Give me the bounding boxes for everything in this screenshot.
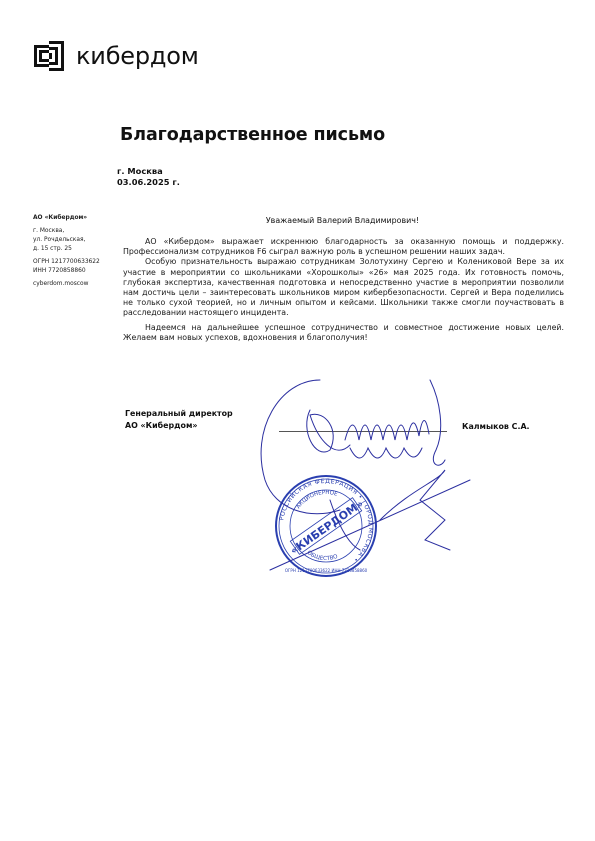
- signer-position: Генеральный директор АО «Кибердом»: [125, 408, 233, 432]
- address-line: д. 15 стр. 25: [33, 245, 100, 254]
- letter-body: АО «Кибердом» выражает искреннюю благода…: [123, 237, 564, 343]
- signer-name: Калмыков С.А.: [462, 422, 530, 431]
- stamp-inner-bottom-text: ОБЩЕСТВО: [306, 550, 340, 562]
- signature-line: [279, 431, 447, 432]
- logo-text: кибердом: [76, 44, 199, 68]
- stamp-bottom-text: ОГРН 1217700633622 ИНН 7720858860: [285, 568, 368, 573]
- kiberdom-logo-icon: [34, 40, 64, 72]
- address-line: г. Москва,: [33, 227, 100, 236]
- letter-title: Благодарственное письмо: [120, 125, 385, 145]
- paragraph: Особую признательность выражаю сотрудник…: [123, 257, 564, 318]
- salutation: Уважаемый Валерий Владимирович!: [120, 216, 565, 225]
- letter-place-date: г. Москва 03.06.2025 г.: [117, 166, 180, 188]
- svg-text:АКЦИОНЕРНОЕ: АКЦИОНЕРНОЕ: [296, 490, 339, 510]
- letter-city: г. Москва: [117, 166, 180, 177]
- company-website[interactable]: cyberdom.moscow: [33, 280, 100, 289]
- paragraph: АО «Кибердом» выражает искреннюю благода…: [123, 237, 564, 257]
- company-stamp: РОССИЙСКАЯ ФЕДЕРАЦИЯ • ГОРОД МОСКВА • АК…: [274, 474, 378, 578]
- position-title: Генеральный директор: [125, 408, 233, 420]
- address-line: ул. Рочдельская,: [33, 236, 100, 245]
- ogrn: ОГРН 1217700633622: [33, 258, 100, 267]
- letter-date: 03.06.2025 г.: [117, 177, 180, 188]
- paragraph: Надеемся на дальнейшее успешное сотрудни…: [123, 323, 564, 343]
- position-company: АО «Кибердом»: [125, 420, 233, 432]
- stamp-inner-top-text: АКЦИОНЕРНОЕ: [296, 490, 339, 510]
- company-name: АО «Кибердом»: [33, 214, 100, 223]
- company-details: АО «Кибердом» г. Москва, ул. Рочдельская…: [33, 214, 100, 289]
- svg-text:ОБЩЕСТВО: ОБЩЕСТВО: [306, 550, 340, 562]
- company-address: г. Москва, ул. Рочдельская, д. 15 стр. 2…: [33, 227, 100, 254]
- company-logo: кибердом: [34, 40, 199, 72]
- company-registration: ОГРН 1217700633622 ИНН 7720858860: [33, 258, 100, 276]
- inn: ИНН 7720858860: [33, 267, 100, 276]
